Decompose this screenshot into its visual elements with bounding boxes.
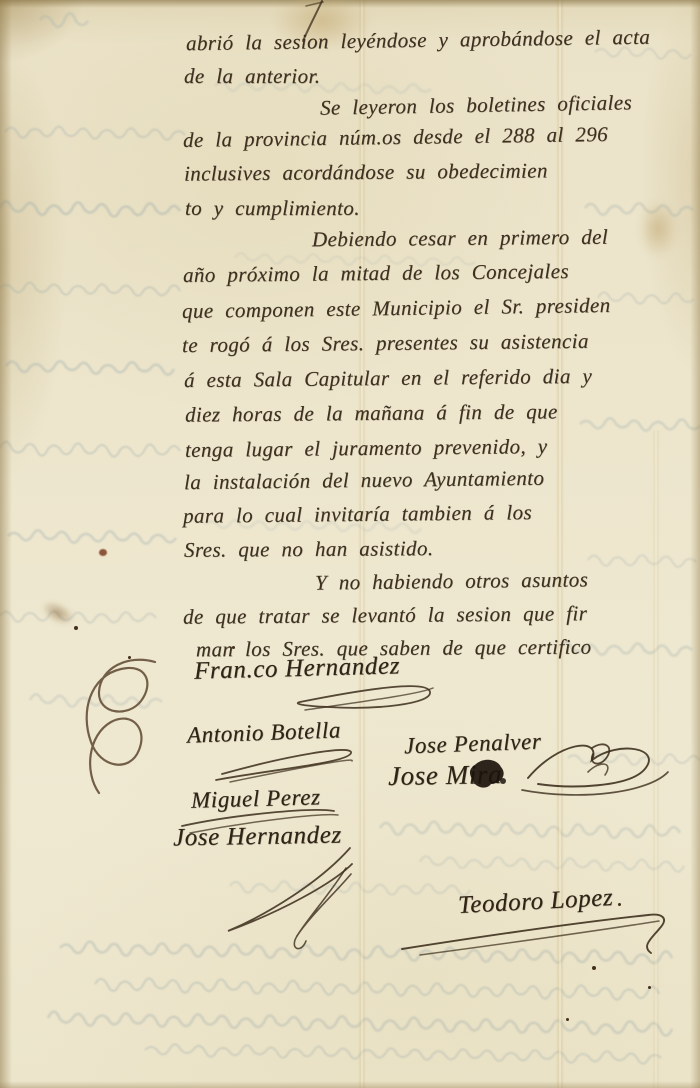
ink-speck	[648, 986, 651, 989]
manuscript-line: inclusives acordándose su obedecimien	[184, 160, 548, 184]
ink-speck	[128, 656, 131, 659]
paper-edge-top	[0, 0, 700, 8]
manuscript-line: de que tratar se levantó la sesion que f…	[183, 603, 587, 628]
manuscript-line: para lo cual invitaría tambien á los	[183, 502, 532, 527]
signature-jose-penalver: Jose Penalver	[404, 729, 542, 760]
manuscript-line: abrió la sesion leyéndose y aprobándose …	[186, 27, 650, 54]
manuscript-line: año próximo la mitad de los Concejales	[183, 261, 569, 286]
ink-smudge	[37, 596, 78, 631]
manuscript-line: la instalación del nuevo Ayuntamiento	[184, 468, 545, 493]
manuscript-line: Sres. que no han asistido.	[184, 538, 434, 561]
manuscript-line: tenga lugar el juramento prevenido, y	[185, 436, 548, 461]
paper-edge-left	[0, 0, 12, 1088]
paper-edge-bottom	[0, 1081, 700, 1088]
fold-crease-right	[556, 0, 564, 1088]
manuscript-line: que componen este Municipio el Sr. presi…	[182, 295, 611, 322]
manuscript-line: Se leyeron los boletines oficiales	[320, 92, 632, 118]
signature-antonio-botella: Antonio Botella	[187, 717, 342, 748]
manuscript-line: á esta Sala Capitular en el referido dia…	[184, 366, 592, 391]
signature-francisco-hernandez: Fran.co Hernandez	[194, 652, 401, 685]
foxing-spot	[99, 549, 107, 556]
stain-right-margin	[638, 200, 678, 258]
manuscript-line: Y no habiendo otros asuntos	[315, 569, 588, 593]
ink-speck	[618, 903, 621, 906]
manuscript-line: to y cumplimiento.	[185, 198, 360, 219]
manuscript-line: de la provincia núm.os desde el 288 al 2…	[183, 124, 608, 151]
manuscript-page: abrió la sesion leyéndose y aprobándose …	[0, 0, 700, 1088]
signature-teodoro-lopez: Teodoro Lopez	[457, 884, 614, 920]
ink-speck	[592, 966, 596, 970]
rubric-flourish-left	[87, 660, 155, 793]
manuscript-line: diez horas de la mañana á fin de que	[185, 401, 558, 425]
ink-speck	[74, 626, 78, 630]
signature-miguel-perez: Miguel Perez	[191, 784, 321, 813]
ink-speck	[566, 1018, 569, 1021]
paper-edge-right	[690, 0, 700, 1088]
manuscript-line: te rogó á los Sres. presentes su asisten…	[182, 331, 589, 356]
manuscript-line: Debiendo cesar en primero del	[312, 227, 608, 251]
manuscript-line: de la anterior.	[184, 66, 320, 87]
fold-crease-edge	[652, 430, 660, 1088]
signature-jose-hernandez: Jose Hernandez	[173, 822, 342, 853]
signature-jose-mira: Jose Mira	[388, 759, 503, 792]
